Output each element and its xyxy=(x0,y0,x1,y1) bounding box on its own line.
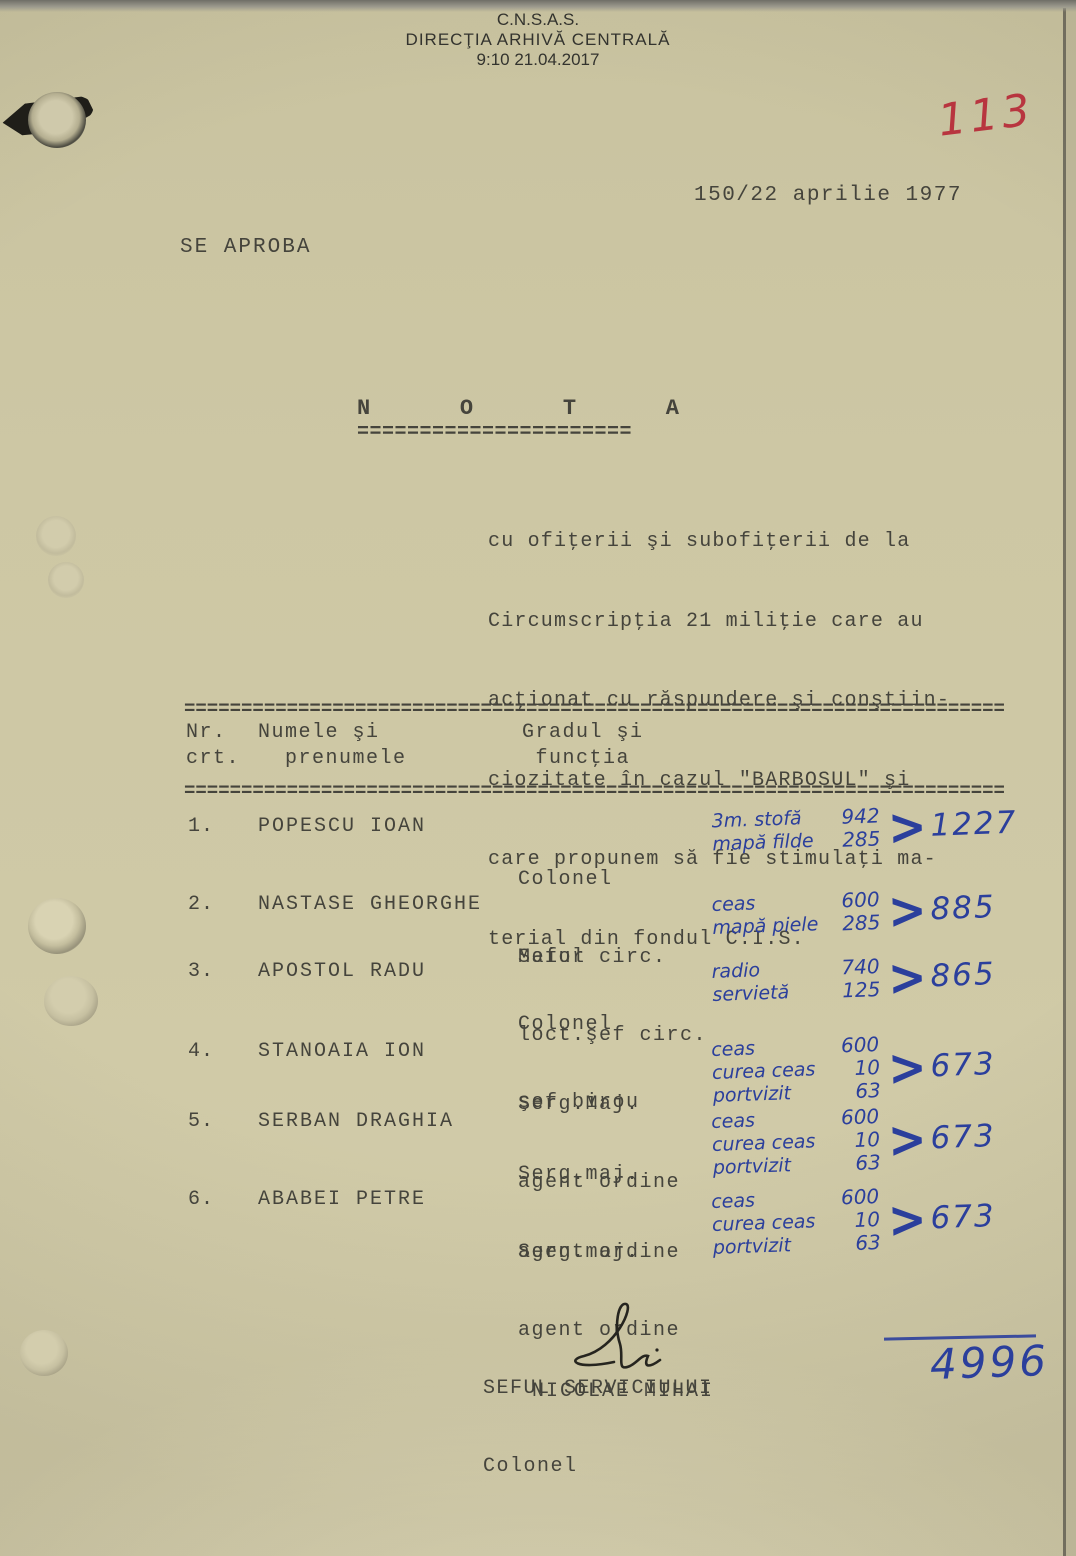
officer-name: STANOAIA ION xyxy=(258,1040,426,1063)
row-total: 673 xyxy=(930,1118,996,1156)
handwritten-award-annotation: radio740 servietă125 > 865 xyxy=(711,947,996,1011)
award-item-label: ceas xyxy=(711,892,755,917)
body-line: cu ofiţerii şi subofiţerii de la xyxy=(488,529,950,556)
award-item-label: mapă piele xyxy=(712,913,819,940)
signature-autograph xyxy=(556,1300,696,1390)
award-item: portvizit63 xyxy=(712,1151,881,1180)
award-item-value: 740 xyxy=(841,955,880,979)
document-title: N O T A xyxy=(357,396,680,421)
award-item-value: 942 xyxy=(841,804,880,828)
signatory-name: NICOLAE MIHAI xyxy=(532,1380,714,1403)
officer-name: ABABEI PETRE xyxy=(258,1188,426,1211)
document-ref-date: 150/22 aprilie 1977 xyxy=(694,184,962,207)
award-item-label: radio xyxy=(711,959,760,984)
officer-name: SERBAN DRAGHIA xyxy=(258,1110,454,1133)
row-total: 885 xyxy=(930,889,996,927)
page-right-edge xyxy=(1063,8,1066,1556)
award-item-value: 600 xyxy=(841,1185,880,1209)
award-item: portvizit63 xyxy=(712,1079,881,1108)
table-header-nr-crt: Nr. crt. xyxy=(186,720,240,772)
award-items: ceas600 curea ceas10 portvizit63 xyxy=(711,1105,881,1180)
award-item: portvizit63 xyxy=(712,1231,881,1260)
title-underline: ====================== xyxy=(357,421,632,444)
sum-chevron-icon: > xyxy=(887,947,928,1008)
handwritten-award-annotation: 3m. stofă942 mapă filde285 > 1227 xyxy=(711,796,1018,861)
award-item-label: portvizit xyxy=(712,1154,791,1180)
approval-line: SE APROBA xyxy=(180,236,311,259)
sum-chevron-icon: > xyxy=(887,1188,928,1249)
table-row: 3. APOSTOL RADU Colonel şef birou radio7… xyxy=(0,960,1076,1040)
award-item-value: 285 xyxy=(842,827,881,851)
scanned-document-page: C.N.S.A.S. DIRECŢIA ARHIVĂ CENTRALĂ 9:10… xyxy=(0,0,1076,1556)
award-item-value: 600 xyxy=(841,1105,880,1129)
punch-hole xyxy=(20,1330,68,1376)
award-item-label: 3m. stofă xyxy=(711,807,802,833)
award-item-label: ceas xyxy=(711,1109,755,1134)
sum-chevron-icon: > xyxy=(887,1108,928,1169)
scan-edge-shadow xyxy=(1066,8,1076,1556)
award-item-label: portvizit xyxy=(712,1082,791,1108)
punch-hole xyxy=(36,516,76,556)
table-row: 6. ABABEI PETRE Serg.maj. agent ordine c… xyxy=(0,1188,1076,1268)
award-item-value: 63 xyxy=(855,1231,881,1255)
handwritten-award-annotation: ceas600 curea ceas10 portvizit63 > 673 xyxy=(711,1029,997,1108)
officer-name: NASTASE GHEORGHE xyxy=(258,893,482,916)
award-items: ceas600 curea ceas10 portvizit63 xyxy=(711,1185,881,1260)
row-number: 4. xyxy=(188,1040,214,1063)
rank-line: Serg.maj. xyxy=(518,1240,680,1266)
signature-rank: Colonel xyxy=(483,1454,713,1480)
award-item-value: 10 xyxy=(854,1056,880,1080)
award-item-value: 600 xyxy=(841,888,880,912)
table-separator-top: ========================================… xyxy=(184,698,1012,720)
row-number: 2. xyxy=(188,893,214,916)
award-item-value: 63 xyxy=(855,1151,881,1175)
award-item: mapă piele285 xyxy=(712,911,881,940)
sum-chevron-icon: > xyxy=(887,796,928,857)
body-line: Circumscripţia 21 miliţie care au xyxy=(488,609,950,636)
award-item: servietă125 xyxy=(712,978,881,1007)
award-item-label: mapă filde xyxy=(712,830,814,857)
award-item-value: 125 xyxy=(842,978,881,1002)
handwritten-grand-total: 4996 xyxy=(929,1336,1050,1389)
award-items: ceas600 curea ceas10 portvizit63 xyxy=(711,1033,881,1108)
sum-chevron-icon: > xyxy=(887,880,928,941)
archive-stamp-header: C.N.S.A.S. DIRECŢIA ARHIVĂ CENTRALĂ 9:10… xyxy=(0,10,1076,70)
handwritten-page-number: 113 xyxy=(935,84,1036,146)
handwritten-award-annotation: ceas600 mapă piele285 > 885 xyxy=(711,880,996,944)
award-item-label: ceas xyxy=(711,1037,755,1062)
award-items: 3m. stofă942 mapă filde285 xyxy=(711,804,881,856)
award-items: ceas600 mapă piele285 xyxy=(711,888,881,940)
officer-name: APOSTOL RADU xyxy=(258,960,426,983)
award-item-value: 600 xyxy=(841,1033,880,1057)
officer-name: POPESCU IOAN xyxy=(258,815,426,838)
award-item-label: portvizit xyxy=(712,1234,791,1260)
archive-department: DIRECŢIA ARHIVĂ CENTRALĂ xyxy=(0,30,1076,50)
award-item-label: servietă xyxy=(712,981,789,1007)
award-item-label: ceas xyxy=(711,1189,755,1214)
row-number: 1. xyxy=(188,815,214,838)
row-total: 865 xyxy=(930,956,996,994)
row-number: 3. xyxy=(188,960,214,983)
row-total: 673 xyxy=(930,1198,996,1236)
table-header-name: Numele şi prenumele xyxy=(258,720,407,772)
award-item-value: 10 xyxy=(854,1128,880,1152)
archive-org-name: C.N.S.A.S. xyxy=(0,10,1076,30)
sum-chevron-icon: > xyxy=(887,1036,928,1097)
award-items: radio740 servietă125 xyxy=(711,955,881,1007)
rank-line: Colonel xyxy=(518,1012,640,1038)
rank-line: Colonel xyxy=(518,867,667,893)
punch-hole xyxy=(28,92,86,148)
award-item-value: 10 xyxy=(854,1208,880,1232)
award-item: mapă filde285 xyxy=(712,827,881,856)
table-row: 5. SERBAN DRAGHIA Serg.maj. agent ordine… xyxy=(0,1110,1076,1190)
table-header-rank: Gradul şi funcţia xyxy=(522,720,644,772)
punch-hole xyxy=(48,562,84,598)
handwritten-award-annotation: ceas600 curea ceas10 portvizit63 > 673 xyxy=(711,1101,997,1180)
row-total: 673 xyxy=(930,1046,996,1084)
award-item-value: 63 xyxy=(855,1079,881,1103)
row-number: 5. xyxy=(188,1110,214,1133)
rank-line: Serg.maj. xyxy=(518,1162,680,1188)
handwritten-award-annotation: ceas600 curea ceas10 portvizit63 > 673 xyxy=(711,1181,997,1260)
award-item-value: 285 xyxy=(842,911,881,935)
row-total: 1227 xyxy=(930,805,1018,844)
row-number: 6. xyxy=(188,1188,214,1211)
scan-timestamp: 9:10 21.04.2017 xyxy=(0,50,1076,70)
